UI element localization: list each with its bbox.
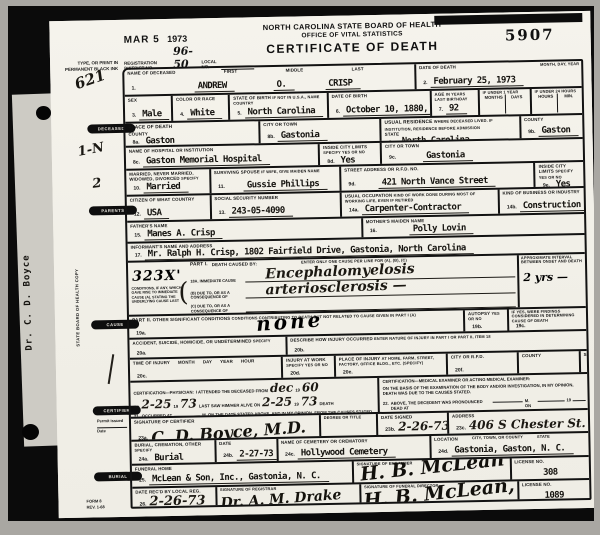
phys-alive-year: 73 [301,394,318,408]
dob-number: 6. [336,108,340,114]
res-icl-labels: INSIDE CITY LIMITS SPECIFY YES OR NO [539,163,582,180]
under1-columns: MONTHS DAYS [483,95,528,114]
address-number: 23c. [456,425,466,431]
age-labels: AGE IN YEARS LAST BIRTHDAY [434,91,475,103]
time-injury-labels: TIME OF INJURY MONTH DAY YEAR HOUR [133,358,279,366]
spouse-value: Gussie Phillips [244,179,327,192]
under1-months-label: MONTHS [483,95,505,114]
date-received-value: 2-26-73 [149,493,205,508]
ssn-value: 243-05-4090 [229,205,293,218]
me-cert-line2: 22. ABOVE, THE DECEDENT WAS PRONOUNCED D… [383,395,586,411]
field-sex: SEX 3. Male [125,96,172,122]
cause-code-handwritten: 323X' [132,268,182,285]
name-number: 1. [132,85,136,91]
sex-value: Male [139,109,169,121]
pod-section-label: PLACE OF DEATH [128,125,172,131]
margin-handwritten-1n: 1-N [77,140,106,160]
location-state-sublabel: STATE [537,435,550,440]
pod-city-value: Gastonia [278,130,328,142]
field-res-city: CITY OR TOWN 9c. Gastonia [380,139,583,164]
field-degree-title: DEGREE OR TITLE [319,414,377,436]
phys-to-year: 73 [180,396,197,410]
birth-state-labels: STATE OF BIRTH IF NOT IN U.S.A., NAME CO… [233,94,325,107]
field-funeral-director-signature: SIGNATURE OF FUNERAL DIRECTOR H. B. McLe… [359,481,517,505]
res-county-label: COUNTY [524,116,580,122]
accident-sublabel: SPECIFY [253,338,271,343]
cause-a-label: 18a. IMMEDIATE CAUSE [190,279,242,284]
res-county-value: Gaston [538,125,578,137]
race-value: White [187,108,222,120]
citizen-label: CITIZEN OF WHAT COUNTRY [130,196,208,203]
injury-month-label: MONTH [178,360,195,365]
pod-icl-number: 8d. [327,158,334,164]
cause-b-label-text: DUE TO, OR AS A CONSEQUENCE OF [191,289,230,299]
hole-punch-top [36,106,51,120]
form-code-line2: REV. 1-68 [87,504,105,509]
field-citizen: CITIZEN OF WHAT COUNTRY 12. USA [127,195,210,221]
autopsy-number: 19b. [472,324,482,330]
field-certification-physician: CERTIFICATION—PHYSICIAN: I ATTENDED THE … [130,378,378,417]
pod-county-value: Gaston [142,135,182,146]
field-cemetery: NAME OF CEMETERY OR CREMATORY 24c. Holly… [276,436,430,461]
cause-c-label: (c) DUE TO, OR AS A CONSEQUENCE OF [191,304,243,314]
father-value: Manes A. Crisp [144,228,223,241]
burial-date-label: DATE [219,440,274,446]
field-date-of-death: DATE OF DEATH MONTH, DAY, YEAR 2. Februa… [414,61,582,89]
cemetery-number: 24c. [285,451,295,457]
citizen-value: USA [144,208,170,220]
phys-alive-value: 2-25 [262,395,292,410]
phys-to-label: TO [134,405,140,410]
birth-state-number: 5. [237,110,241,116]
how-injury-label: DESCRIBE HOW INJURY OCCURRED [290,336,373,343]
field-hospital: NAME OF HOSPITAL OR INSTITUTION 8c. Gast… [126,144,319,169]
field-occupation: USUAL OCCUPATION KIND OF WORK DONE DURIN… [340,190,498,217]
marital-sublabel: SPECIFY [181,175,199,180]
name-first-header: FIRST [224,69,238,74]
phys-19-label-c: 19 [294,402,299,407]
hospital-value: Gaston Memorial Hospital [143,154,270,168]
name-labels: NAME OF DECEASED FIRST MIDDLE LAST [127,65,412,76]
injury-year-label: YEAR [220,359,233,364]
race-number: 4. [180,111,184,117]
field-res-state: USUAL RESIDENCE WHERE DECEASED LIVED. IF… [379,116,519,141]
row-cause-of-death: 323X' CONDITIONS, IF ANY, WHICH GAVE RIS… [128,252,586,315]
injury-day-label: DAY [203,359,212,364]
field-res-county: COUNTY 9b. Gaston [519,115,583,138]
field-burial-type: BURIAL, CREMATION, OTHER SPECIFY 24a. Bu… [131,440,214,464]
res-city-value: Gastonia [423,150,473,162]
mother-value: Polly Lovin [410,223,474,236]
burial-date-number: 24b. [223,452,233,458]
dob-label: DATE OF BIRTH [332,92,428,99]
res-county-number: 9b. [528,129,535,135]
accident-label: ACCIDENT, SUICIDE, HOMICIDE, OR UNDETERM… [132,338,251,345]
spouse-sublabel: IF WIFE, GIVE MAIDEN NAME [261,168,320,174]
cemetery-label: NAME OF CEMETERY OR CREMATORY [281,437,427,445]
certificate-sheet: TYPE, OR PRINT IN PERMANENT BLACK INK 62… [49,11,594,518]
field-burial-date: DATE 24b. 2-27-73 [214,439,276,462]
field-pod-inside-city-limits: INSIDE CITY LIMITS SPECIFY YES OR NO 8d.… [318,143,380,165]
location-number: 24d. [438,448,448,454]
field-pod-county: PLACE OF DEATH COUNTY 8a. Gaston [125,121,258,146]
certificate-title: CERTIFICATE OF DEATH [232,38,473,57]
part2-number: 19a. [136,330,146,336]
spouse-label: SURVIVING SPOUSE [214,169,260,175]
field-race: COLOR OR RACE 4. White [171,95,229,121]
field-res-inside-city-limits: INSIDE CITY LIMITS SPECIFY YES OR NO 9e.… [534,162,584,187]
stamp-date: MAR 5 [124,34,160,46]
location-sublabel: CITY, TOWN, OR COUNTY [472,435,523,441]
margin-handwritten-slash [108,354,115,384]
place-injury-number: 20e. [343,369,353,375]
pod-county-number: 8a. [133,139,140,145]
screenshot-root: { "scan": { "top_strip": "NORTH CAROLINA… [0,0,600,535]
spouse-labels: SURVIVING SPOUSE IF WIFE, GIVE MAIDEN NA… [214,168,337,176]
phys-cert-title: CERTIFICATION—PHYSICIAN: [133,390,194,396]
name-label: NAME OF DECEASED [127,70,175,76]
margin-handwritten-2: 2 [92,176,103,192]
hospital-number: 8c. [133,159,140,165]
form-code: FORM 8 REV. 1-68 [86,498,104,510]
how-injury-sublabel: ENTER NATURE OF INJURY IN PART I OR PART… [374,334,491,341]
embalmer-license-value: 308 [540,467,566,478]
date-received-number: 26. [140,502,147,508]
pod-city-label: CITY OR TOWN [263,120,377,127]
burial-date-value: 2-27-73 [236,449,276,461]
stamp-year: 1973 [167,34,187,44]
certificate-number: 5907 [505,26,555,45]
director-license-label: LICENSE NO. [522,481,588,487]
director-license-value: 1089 [542,490,572,501]
funeral-home-number: 25. [139,477,146,483]
field-street-address: STREET ADDRESS OR R.F.D. No. 9d. 421 Nor… [339,163,534,191]
field-funeral-home: FUNERAL HOME 25. McLean & Son, Inc., Gas… [132,462,352,487]
autopsy-label: AUTOPSY [468,311,490,316]
accident-labels: ACCIDENT, SUICIDE, HOMICIDE, OR UNDETERM… [132,338,283,346]
me-year-blank [573,395,586,401]
place-injury-labels: PLACE OF INJURY AT HOME, FARM, STREET, F… [339,355,444,368]
time-injury-number: 20c. [137,373,147,379]
phys-19-label-a: 19 [295,387,300,392]
field-if-under-1-year: IF UNDER 1 YEAR MONTHS DAYS [478,89,531,115]
phys-from-value: dec [270,381,294,395]
date-signed-number: 23b. [385,427,395,433]
field-certifier-address: ADDRESS 23c. 406 S Chester St. Gastonia … [447,410,588,434]
degree-label: DEGREE OR TITLE [324,415,374,420]
field-certification-medical-examiner: CERTIFICATION—MEDICAL EXAMINER OR ACTING… [377,374,587,412]
phys-death-label: DEATH [319,401,333,407]
cause-c-label-text: DUE TO, OR AS A CONSEQUENCE OF [191,303,230,313]
marital-value: Married [143,181,188,193]
field-accident-type: ACCIDENT, SUICIDE, HOMICIDE, OR UNDETERM… [129,337,285,358]
cause-conditions-note: CONDITIONS, IF ANY, WHICH GAVE RISE TO I… [131,286,181,304]
field-place-of-injury: PLACE OF INJURY AT HOME, FARM, STREET, F… [334,354,446,377]
cemetery-value: Hollywood Cemetery [298,446,396,459]
form-grid: NAME OF DECEASED FIRST MIDDLE LAST 1. AN… [122,59,591,509]
field-injury-city: CITY OR R.F.D. 20f. [446,352,517,374]
injury-loc-number: 20f. [455,367,464,373]
injury-city-label: CITY OR R.F.D. [451,353,515,359]
spouse-number: 11. [218,184,225,190]
state-board-copy-label: STATE BOARD OF HEALTH COPY [74,269,80,347]
injury-state-label: STATE [584,352,585,357]
name-middle-value: O. [274,79,295,91]
scan-background: NORTH CAROLINA STATE BOARD OF HEALTH Dr.… [8,6,594,521]
field-injury-county: COUNTY [517,351,579,373]
cause-b-label: (b) DUE TO, OR AS A CONSEQUENCE OF [190,290,242,300]
phys-19-label-b: 19 [173,404,178,409]
age-number: 7. [439,106,443,112]
funeral-home-value: McLean & Son, Inc., Gastonia, N. C. [149,471,329,486]
field-burial-location: LOCATION CITY, TOWN, OR COUNTY STATE 24d… [429,433,589,458]
permit-date-label: Date [97,428,106,433]
phys-attended-label: I ATTENDED THE DECEASED FROM [196,388,268,395]
work-labels: INJURY AT WORK SPECIFY YES OR NO [286,357,332,368]
res-city-number: 9c. [389,154,396,160]
age-value: 92 [446,103,467,115]
location-label: LOCATION [434,436,458,442]
under24-columns: HOURS MIN. [535,94,580,113]
dod-label: DATE OF DEATH [419,64,456,70]
me-time-blank [492,396,523,403]
marital-number: 10. [133,185,140,191]
under24-hours-label: HOURS [535,94,557,113]
cause-interval-column: APPROXIMATE INTERVAL BETWEEN ONSET AND D… [517,254,586,307]
burial-number: 24a. [139,456,149,462]
field-marital-status: MARRIED, NEVER MARRIED, WIDOWED, DIVORCE… [126,169,209,195]
field-pod-city: CITY OR TOWN 8b. Gastonia [258,119,380,143]
field-date-signed: DATE SIGNED 23b. 2-26-73 [376,413,447,435]
cause-a-interval-value: 2 yrs — [523,270,568,284]
field-date-received: DATE REC'D BY LOCAL REG. 26. 2-26-73 [132,487,215,509]
ssn-number: 13. [219,210,226,216]
dod-value-line: 2. February 25, 1973 [419,74,579,88]
phys-from-year: 60 [302,380,319,394]
informant-number: 17. [135,253,142,259]
margin-doctor-name: Dr. C. D. Boyce [21,254,34,351]
signature-number: 23a. [138,435,148,439]
sex-number: 3. [132,112,136,118]
permit-issued-label: Permit issued [97,418,123,424]
phys-last-saw-label: LAST SAW HIM/HER ALIVE ON [199,402,260,408]
tab-permit-note: Permit issued Date [97,418,127,434]
under1-days-label: DAYS [505,95,528,114]
me-m-on-label: M. ON [525,397,536,408]
cause-main-column: PART I. DEATH CAUSED BY: ENTER ONLY ONE … [188,255,518,313]
field-injury-at-work: INJURY AT WORK SPECIFY YES OR NO 20d. [281,356,334,378]
res-icl-number: 9e. [543,183,550,187]
under24-min-label: MIN. [557,94,580,113]
res-icl-value: Yes [553,179,579,187]
field-age: AGE IN YEARS LAST BIRTHDAY 7. 92 [429,90,478,116]
mother-number: 16. [370,228,377,234]
autopsy-labels: AUTOPSY YES OR NO [468,311,505,323]
embalmer-license-label: LICENSE NO. [514,458,587,464]
name-last-value: CRISP [325,78,360,90]
hole-punch-bottom [22,424,39,440]
me-number: 22. [383,400,389,405]
field-industry: KIND OF BUSINESS OR INDUSTRY 14b. Constr… [497,188,584,214]
dod-number: 2. [423,80,427,86]
redaction-bar [434,13,582,25]
father-number: 15. [134,232,141,238]
industry-label: KIND OF BUSINESS OR INDUSTRY [502,189,581,196]
field-autopsy-findings: IF YES, WERE FINDINGS CONSIDERED IN DETE… [506,308,586,331]
cause-a-number: 18a. [190,278,198,283]
street-label: STREET ADDRESS OR R.F.D. No. [344,164,531,173]
dod-label-line: DATE OF DEATH MONTH, DAY, YEAR [419,62,579,70]
findings-number: 19c. [516,324,526,330]
field-if-under-24-hours: IF UNDER 24 HOURS HOURS MIN. [530,88,583,114]
field-autopsy: AUTOPSY YES OR NO 19b. [463,310,507,332]
form-code-line1: FORM 8 [86,498,101,503]
field-surviving-spouse: SURVIVING SPOUSE IF WIFE, GIVE MAIDEN NA… [209,167,340,193]
findings-label: IF YES, WERE FINDINGS CONSIDERED IN DETE… [511,309,584,324]
phys-to-value: 2-25 [141,397,171,412]
field-registrar-signature: SIGNATURE OF REGISTRAR Dr. A. M. Drake [215,484,359,508]
address-value: 406 S Chester St. Gastonia NC [469,414,588,432]
injury-hour-label: HOUR [241,358,255,363]
industry-number: 14b. [507,204,517,210]
embalmer-signature-value: H. B. McLean [359,458,505,482]
ssn-label: SOCIAL SECURITY NUMBER [214,194,337,201]
field-state-of-birth: STATE OF BIRTH IF NOT IN U.S.A., NAME CO… [228,93,327,120]
dod-sublabel: MONTH, DAY, YEAR [540,62,579,67]
sex-label: SEX [128,97,169,103]
field-embalmer-license: LICENSE NO. 308 [509,457,589,480]
field-date-of-birth: DATE OF BIRTH 6. October 10, 1880, [326,91,429,118]
field-injury-state: STATE [579,351,588,372]
name-middle-header: MIDDLE [286,67,304,72]
age-label: AGE [434,92,444,97]
occupation-number: 14a. [349,207,359,213]
time-injury-label: TIME OF INJURY [133,360,170,366]
me-pronounced-label: ABOVE, THE DECEDENT WAS PRONOUNCED DEAD … [391,398,491,410]
pod-city-number: 8b. [267,134,274,140]
me-19-label: 19 [566,397,571,402]
dod-value: February 25, 1973 [430,75,523,88]
field-embalmer-signature: SIGNATURE OF EMBALMER H. B. McLean [352,458,510,482]
field-certifier-signature: SIGNATURE OF CERTIFIER 23a. C. D. Boyce,… [131,415,319,440]
location-value: Gastonia, Gaston, N. C. [451,443,573,457]
phys-occurred-number: 21. [134,414,140,417]
field-time-of-injury: TIME OF INJURY MONTH DAY YEAR HOUR 20c. [130,357,282,381]
how-injury-number: 20b. [294,347,304,353]
part2-part-label: PART II. [132,318,151,323]
dob-value: October 10, 1880, [343,103,430,116]
citizen-number: 12. [134,211,141,217]
injury-county-label: COUNTY [522,352,577,358]
part2-label: OTHER SIGNIFICANT CONDITIONS [153,316,231,322]
accident-number: 20a. [137,350,147,356]
cause-brace-glyph: ( [178,278,189,308]
pod-icl-value: Yes [337,155,363,165]
race-label: COLOR OR RACE [176,96,226,102]
cause-interval-label: APPROXIMATE INTERVAL BETWEEN ONSET AND D… [521,255,583,265]
name-last-header: LAST [352,66,364,71]
location-labels: LOCATION CITY, TOWN, OR COUNTY STATE [434,434,586,442]
work-number: 20d. [290,370,300,376]
field-ssn: SOCIAL SECURITY NUMBER 13. 243-05-4090 [209,193,340,219]
occupation-value: Carpenter-Contractor [362,202,470,215]
street-value: 421 North Vance Street [379,175,496,189]
cause-left-column: 323X' CONDITIONS, IF ANY, WHICH GAVE RIS… [128,262,189,315]
me-date-blank [537,395,564,402]
birth-state-value: North Carolina [245,106,324,119]
industry-value: Construction [520,200,584,213]
work-sublabel: SPECIFY YES OR NO [286,362,328,368]
cause-a-label-text: IMMEDIATE CAUSE [200,278,236,284]
street-number: 9d. [348,181,355,187]
cause-part-label: PART I. [190,262,208,268]
date-signed-value: 2-26-73 [398,419,447,434]
field-director-license: LICENSE NO. 1089 [517,480,590,502]
name-first-value: ANDREW [195,80,235,92]
